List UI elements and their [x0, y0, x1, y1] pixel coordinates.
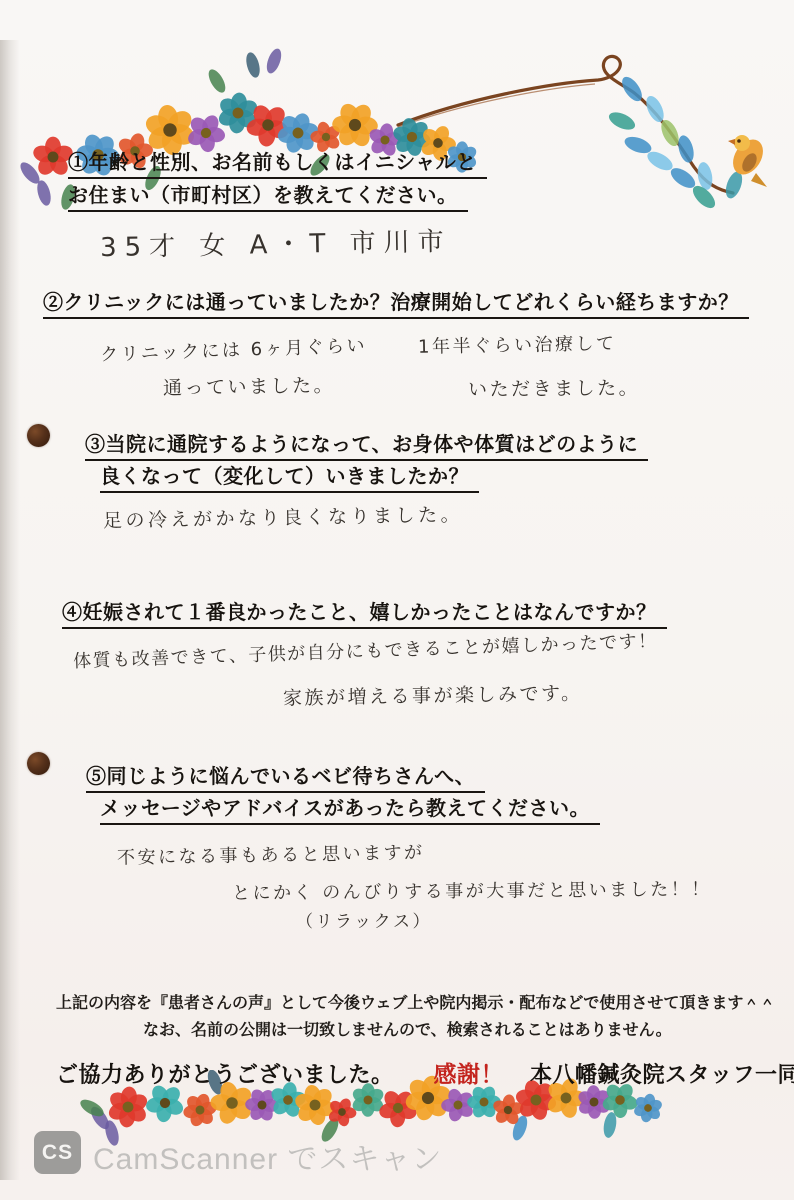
- leaf-icon: [696, 161, 715, 191]
- leaf-icon: [658, 117, 683, 148]
- question-1-label-line-2: お住まい（市町村区）を教えてください。: [68, 179, 468, 212]
- question-2-answer-left-line-1: クリニックには 6ヶ月ぐらい: [100, 331, 368, 366]
- question-1-answer: 35才 女 A・T 市川市: [100, 221, 452, 264]
- scan-edge-shadow: [0, 40, 20, 1180]
- leaf-icon: [602, 1111, 618, 1139]
- thanks-message: ご協力ありがとうございました。: [56, 1062, 394, 1087]
- question-4-answer-line-2: 家族が増える事が楽しみです。: [283, 678, 583, 710]
- leaf-icon: [205, 67, 228, 96]
- question-5-answer-line-3: （リラックス）: [296, 907, 432, 932]
- leaf-icon: [88, 1104, 113, 1132]
- leaf-icon: [689, 182, 719, 212]
- leaf-icon: [676, 134, 697, 165]
- question-3-answer: 足の冷えがかなり良くなりました。: [103, 500, 463, 533]
- punch-hole-bottom: [27, 752, 50, 775]
- question-3-label-line-2: 良くなって（変化して）いきましたか？: [100, 460, 479, 493]
- question-3-label-line-1: ③当院に通院するようになって、お身体や体質はどのように: [85, 428, 648, 461]
- question-2-answer-right-line-2: いただきました。: [468, 373, 640, 402]
- question-1-label-line-1: ①年齢と性別、お名前もしくはイニシャルと: [68, 146, 487, 179]
- bird-icon: [727, 134, 769, 187]
- flower-icon: [178, 1088, 223, 1131]
- punch-hole-top: [27, 424, 50, 447]
- leaf-icon: [622, 134, 653, 157]
- leaf-icon: [80, 1096, 106, 1119]
- leaf-icon: [17, 159, 43, 187]
- flower-icon: [105, 1085, 152, 1129]
- leaf-icon: [264, 47, 284, 76]
- question-5-label-line-1: ⑤同じように悩んでいるベビ待ちさんへ、: [86, 760, 485, 793]
- scanned-questionnaire-page: ①年齢と性別、お名前もしくはイニシャルと お住まい（市町村区）を教えてください。…: [0, 0, 794, 1200]
- flower-icon: [322, 1093, 362, 1132]
- leaf-icon: [723, 169, 746, 200]
- gratitude-text: 感謝！: [434, 1061, 505, 1087]
- leaf-icon: [510, 1114, 530, 1143]
- flower-icon: [630, 1091, 666, 1125]
- question-2-answer-left-line-2: 通っていました。: [163, 371, 335, 401]
- usage-note-line-1: 上記の内容を『患者さんの声』として今後ウェブ上や院内掲示・配布などで使用させて頂…: [56, 990, 775, 1013]
- leaf-icon: [668, 164, 699, 192]
- camscanner-watermark-text: CamScanner でスキャン: [93, 1134, 442, 1178]
- question-5-answer-line-2: とにかく のんびりする事が大事だと思いました！！: [232, 875, 712, 905]
- question-5-answer-line-1: 不安になる事もあると思いますが: [117, 838, 425, 869]
- leaf-icon: [644, 148, 675, 174]
- question-2-answer-right-line-1: 1年半ぐらい治療して: [418, 329, 617, 358]
- flower-icon: [490, 1093, 527, 1128]
- camscanner-badge-icon: CS: [34, 1131, 81, 1174]
- usage-note-line-2: なお、名前の公開は一切致しませんので、検索されることはありません。: [143, 1017, 672, 1040]
- leaf-icon: [643, 93, 668, 124]
- leaf-icon: [244, 51, 262, 79]
- flower-garland-top-icon: [10, 45, 790, 245]
- staff-signature: 本八幡鍼灸院スタッフ一同: [530, 1062, 794, 1087]
- question-4-label: ④妊娠されて１番良かったこと、嬉しかったことはなんですか？: [62, 596, 667, 629]
- question-2-label: ②クリニックには通っていましたか？治療開始してどれくらい経ちますか？: [43, 286, 749, 319]
- leaf-icon: [618, 74, 646, 105]
- camscanner-badge-label: CS: [42, 1141, 73, 1165]
- leaf-icon: [606, 109, 637, 134]
- question-5-label-line-2: メッセージやアドバイスがあったら教えてください。: [100, 792, 600, 825]
- flower-icon: [215, 91, 262, 135]
- thanks-row: ご協力ありがとうございました。感謝！本八幡鍼灸院スタッフ一同: [56, 1056, 794, 1089]
- leaf-icon: [35, 179, 53, 207]
- question-4-answer-line-1: 体質も改善できて、子供が自分にもできることが嬉しかったです！: [73, 627, 658, 673]
